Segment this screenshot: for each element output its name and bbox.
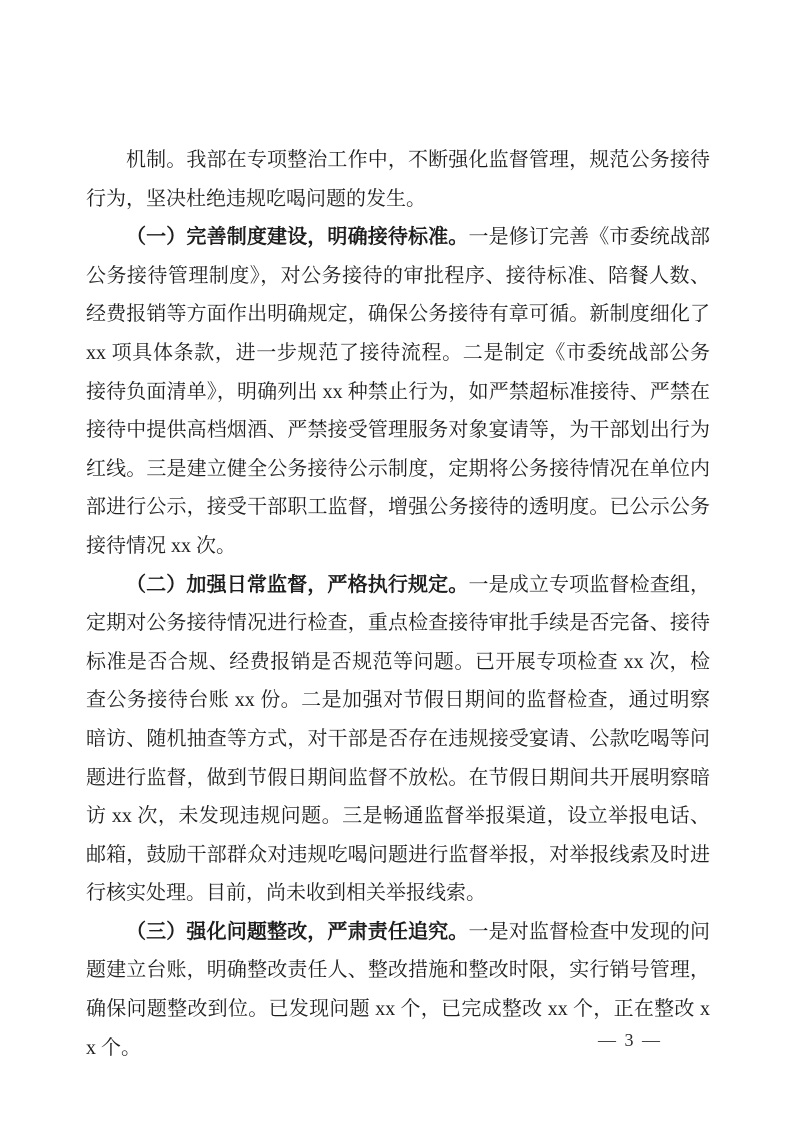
- paragraph: 机制。我部在专项整治工作中，不断强化监督管理，规范公务接待行为，坚决杜绝违规吃喝…: [86, 141, 710, 218]
- paragraph-text: 一是成立专项监督检查组，定期对公务接待情况进行检查，重点检查接待审批手续是否完备…: [86, 574, 710, 905]
- document-body: 机制。我部在专项整治工作中，不断强化监督管理，规范公务接待行为，坚决杜绝违规吃喝…: [86, 141, 710, 1067]
- section-heading: （三）强化问题整改，严肃责任追究。: [126, 921, 468, 943]
- section-heading: （二）加强日常监督，严格执行规定。: [126, 574, 468, 596]
- section-heading: （一）完善制度建设，明确接待标准。: [126, 226, 468, 248]
- paragraph: （一）完善制度建设，明确接待标准。一是修订完善《市委统战部公务接待管理制度》，对…: [86, 218, 710, 565]
- paragraph-text: 一是修订完善《市委统战部公务接待管理制度》，对公务接待的审批程序、接待标准、陪餐…: [86, 226, 710, 557]
- paragraph-text: 机制。我部在专项整治工作中，不断强化监督管理，规范公务接待行为，坚决杜绝违规吃喝…: [86, 149, 710, 210]
- page-number: — 3 —: [0, 1030, 662, 1051]
- paragraph: （二）加强日常监督，严格执行规定。一是成立专项监督检查组，定期对公务接待情况进行…: [86, 566, 710, 913]
- document-page: 机制。我部在专项整治工作中，不断强化监督管理，规范公务接待行为，坚决杜绝违规吃喝…: [0, 0, 793, 1122]
